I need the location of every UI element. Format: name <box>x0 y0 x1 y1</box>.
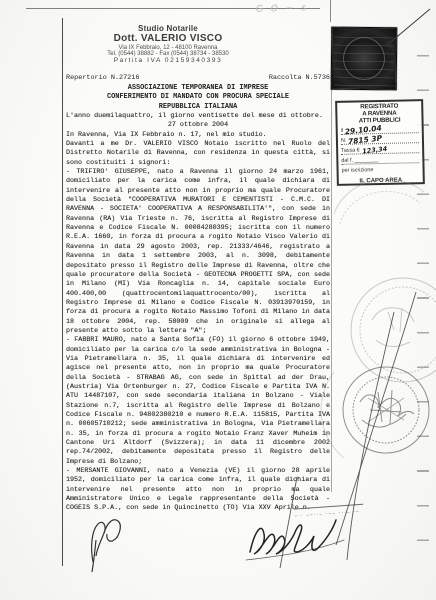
left-margin-rule <box>62 18 63 566</box>
paragraph-party-mersante: - MERSANTE GIOVANNI, nato a Venezia (VE)… <box>66 467 330 514</box>
paragraph-opening: L'anno duemilaquattro, il giorno ventise… <box>66 112 330 121</box>
registration-per-row: per iscrizione <box>341 164 419 175</box>
notary-signature <box>246 520 344 560</box>
scanned-notarial-document: G O ~ s Studio Notarile Dott. VALERIO VI… <box>0 0 436 600</box>
document-title: ASSOCIAZIONE TEMPORANEA DI IMPRESE CONFE… <box>66 84 330 112</box>
right-margin-rule-top <box>330 0 331 22</box>
title-line-3: REPUBBLICA ITALIANA <box>66 103 330 112</box>
letterhead-notary-name: Dott. VALERIO VISCO <box>70 33 266 44</box>
paragraph-date: 27 ottobre 2004 <box>66 121 330 130</box>
title-line-2: CONFERIMENTO DI MANDATO CON PROCURA SPEC… <box>66 93 330 102</box>
faint-arc-stamp <box>334 179 424 224</box>
registration-stamp-box: REGISTRATO A RAVENNA ATTI PUBBLICI il 29… <box>335 99 425 186</box>
registration-stamp-footer: IL CAPO AREA <box>342 178 420 186</box>
registration-per-text: per iscrizione <box>342 168 374 175</box>
letterhead-vat: Partita IVA 02159340393 <box>70 57 266 64</box>
registration-mod-text: dal f. ________ <box>341 157 378 164</box>
deed-body-text: L'anno duemilaquattro, il giorno ventise… <box>66 112 330 514</box>
reference-line: Repertorio N.27216 Raccolta N.5736 <box>66 74 330 82</box>
revenue-stamp <box>331 27 398 91</box>
paragraph-party-trifiro: - TRIFIRO' GIUSEPPE, nato a Ravenna il g… <box>66 168 330 336</box>
paragraph-party-fabbri: - FABBRI MAURO, nato a Santa Sofia (FO) … <box>66 336 330 467</box>
registration-date-label: il <box>341 128 344 134</box>
registration-tax-label: Tassa € <box>341 148 360 154</box>
letterhead-studio: Studio Notarile <box>70 24 266 33</box>
pencil-annotation: G O ~ s <box>256 3 309 15</box>
paragraph-notary: Davanti a me Dr. VALERIO VISCO Notaio is… <box>66 140 330 168</box>
letterhead: Studio Notarile Dott. VALERIO VISCO Via … <box>70 24 266 64</box>
registration-number-label: N. <box>341 138 347 144</box>
right-margin-rule <box>331 58 332 492</box>
title-line-1: ASSOCIAZIONE TEMPORANEA DI IMPRESE <box>66 84 330 93</box>
paragraph-place: In Ravenna, Via IX Febbraio n. 17, nel m… <box>66 131 330 140</box>
paraph-initials <box>92 520 121 572</box>
revenue-stamp-ring <box>343 37 385 80</box>
repertorio-number: Repertorio N.27216 <box>66 74 139 82</box>
raccolta-number: Raccolta N.5736 <box>269 74 330 82</box>
